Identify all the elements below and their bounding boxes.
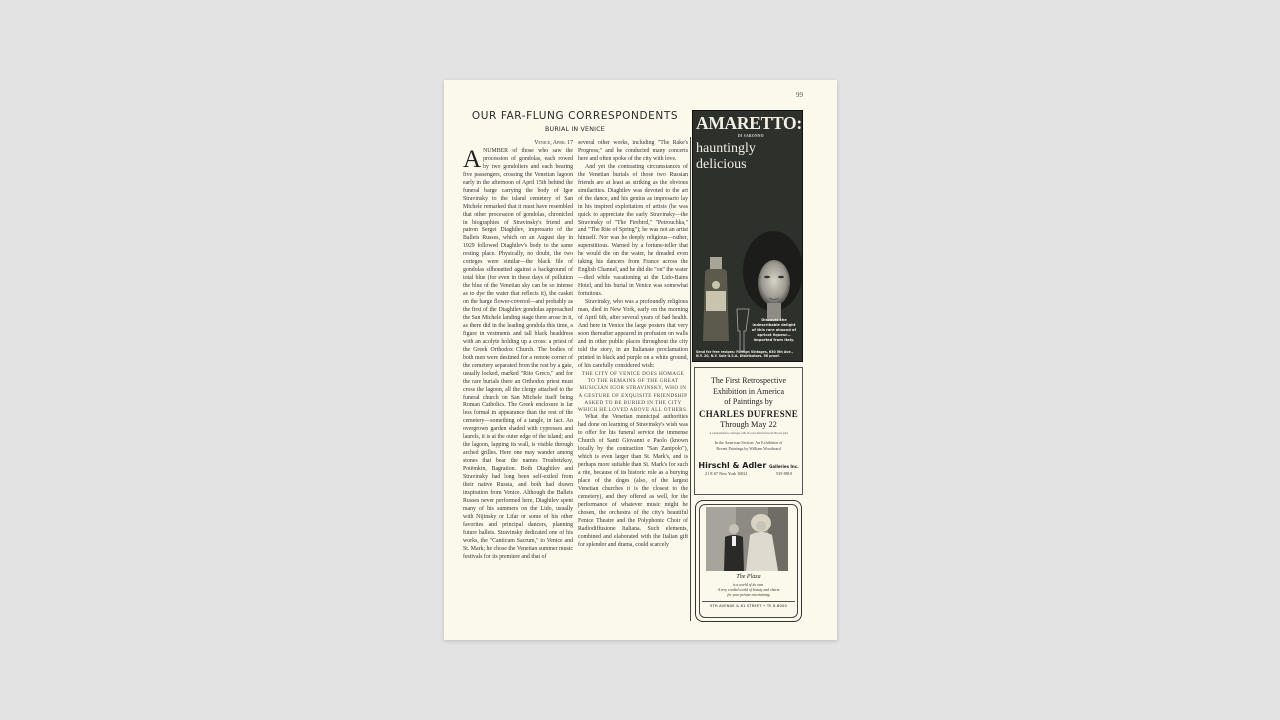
catalog-note: A comprehensive catalogue with 16 color … (709, 432, 788, 436)
exhibition-dates: Through May 22 (695, 420, 802, 429)
article-title: BURIAL IN VENICE (470, 126, 680, 133)
article-paragraph: What the Venetian municipal authorities … (578, 414, 688, 549)
plaza-advertisement: The Plaza is a world of its own. A very … (695, 500, 802, 622)
gallery-name: Hirschl & Adler Galleries Inc. (695, 461, 802, 470)
ad-tagline: hauntingly delicious (696, 141, 756, 173)
article-paragraph: ANUMBER of those who saw the procession … (463, 148, 573, 562)
section-headline: OUR FAR-FLUNG CORRESPONDENTS (470, 110, 680, 122)
amaretto-advertisement: AMARETTO: DI SARONNO hauntingly deliciou… (692, 110, 803, 362)
article-paragraph: several other works, including "The Rake… (578, 140, 688, 164)
ad-copy: is a world of its own. A very cordial wo… (696, 583, 801, 598)
ad-copy: Discover the indescribable delight of th… (750, 318, 798, 343)
couple-photo (706, 507, 788, 571)
article-column-2: several other works, including "The Rake… (578, 140, 688, 550)
article-paragraph: Stravinsky, who was a profoundly religio… (578, 299, 688, 371)
ad-title: AMARETTO: (696, 113, 802, 134)
plaza-logo: The Plaza (696, 574, 801, 580)
article-paragraph: And yet the contrasting circumstances of… (578, 164, 688, 299)
divider (702, 601, 795, 602)
dufresne-exhibition-advertisement: The First Retrospective Exhibition in Am… (694, 367, 803, 495)
article-column-1: Venice, April 17 ANUMBER of those who sa… (463, 140, 573, 562)
drop-cap: A (463, 150, 481, 170)
plaza-address: 5TH AVENUE & 61 STREET • TE 8-8000 (696, 604, 801, 608)
gallery-contact: 21 E 67 New York 10021 535-8810 (705, 471, 792, 476)
column-divider (690, 137, 691, 621)
ad-intro: The First Retrospective Exhibition in Am… (695, 376, 802, 408)
ad-footer: Send for free recipes: Foreign Vintages,… (696, 350, 799, 358)
magazine-page: 99 OUR FAR-FLUNG CORRESPONDENTS BURIAL I… (444, 80, 837, 640)
artist-name: CHARLES DUFRESNE (695, 409, 802, 419)
ad-subtitle: DI SARONNO (738, 134, 764, 138)
page-number: 99 (796, 91, 803, 99)
proclamation-quote: THE CITY OF VENICE DOES HOMAGE TO THE RE… (578, 371, 688, 415)
american-section-note: In the American Section: An Exhibition o… (701, 440, 796, 452)
